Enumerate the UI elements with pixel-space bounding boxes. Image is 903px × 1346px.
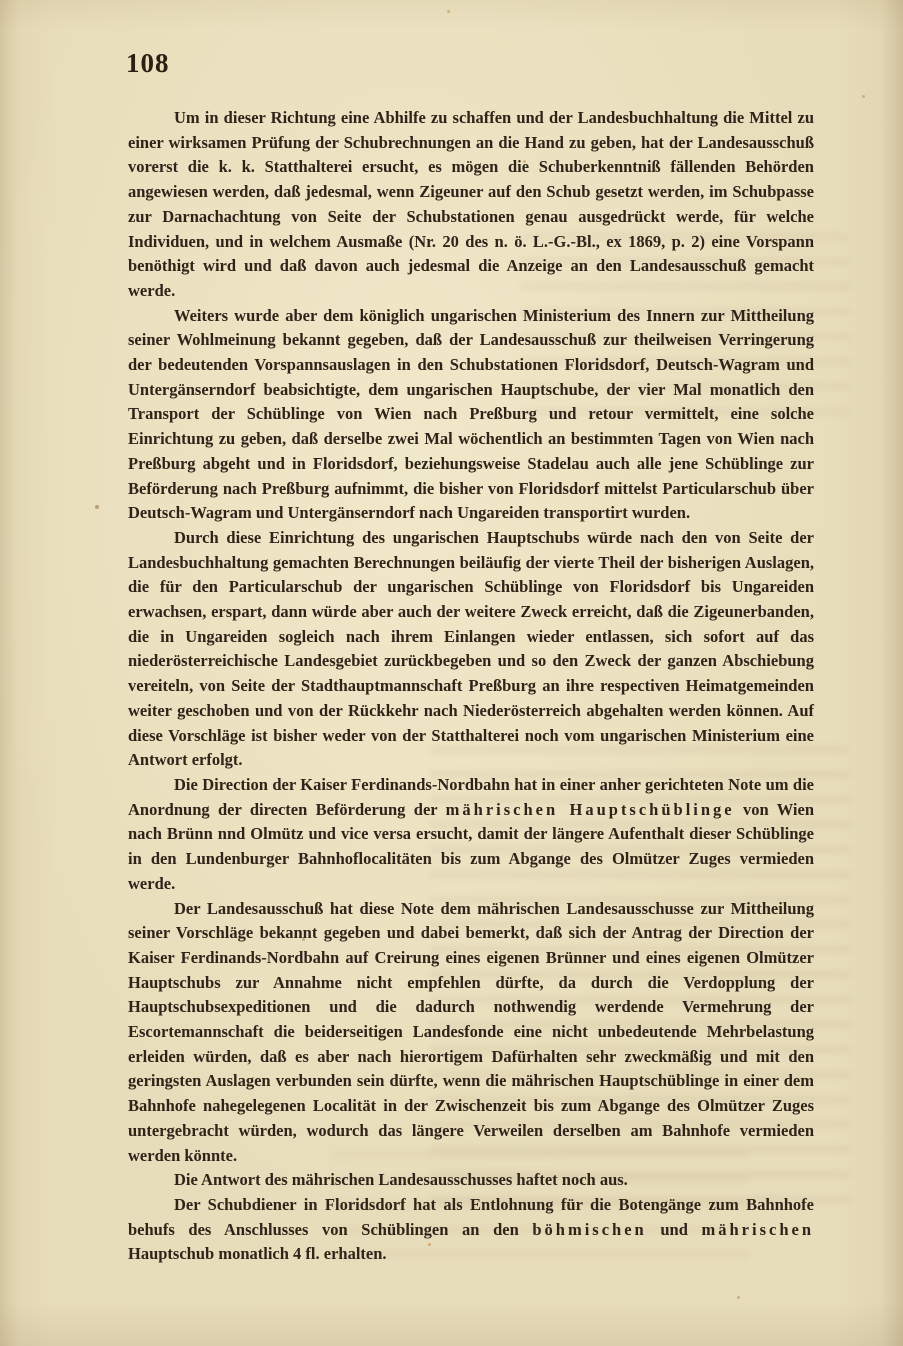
text-segment: Um in dieser Richtung eine Abhilfe zu sc…: [128, 108, 814, 300]
foxing-spot: [95, 505, 99, 509]
text-block: Um in dieser Richtung eine Abhilfe zu sc…: [128, 106, 814, 1267]
letterspaced-emphasis: mährischen: [702, 1220, 815, 1239]
paragraph: Der Schubdiener in Floridsdorf hat als E…: [128, 1193, 814, 1267]
paragraph: Die Antwort des mährischen Landesausschu…: [128, 1168, 814, 1193]
paragraph: Weiters wurde aber dem königlich ungaris…: [128, 304, 814, 526]
foxing-spot: [862, 95, 865, 98]
letterspaced-emphasis: mährischen Hauptschüblinge: [446, 800, 735, 819]
text-segment: Der Landesausschuß hat diese Note dem mä…: [128, 899, 814, 1165]
paragraph: Durch diese Einrichtung des ungarischen …: [128, 526, 814, 773]
foxing-spot: [737, 1296, 740, 1299]
text-segment: Durch diese Einrichtung des ungarischen …: [128, 528, 814, 769]
page-number: 108: [126, 48, 170, 79]
text-segment: Weiters wurde aber dem königlich ungaris…: [128, 306, 814, 523]
paragraph: Der Landesausschuß hat diese Note dem mä…: [128, 897, 814, 1169]
letterspaced-emphasis: böhmischen: [532, 1220, 646, 1239]
text-segment: Hauptschub monatlich 4 fl. erhalten.: [128, 1244, 387, 1263]
text-segment: und: [647, 1220, 702, 1239]
text-segment: Die Antwort des mährischen Landesausschu…: [174, 1170, 628, 1189]
foxing-spot: [447, 10, 450, 13]
paragraph: Die Direction der Kaiser Ferdinands-Nord…: [128, 773, 814, 897]
paragraph: Um in dieser Richtung eine Abhilfe zu sc…: [128, 106, 814, 304]
